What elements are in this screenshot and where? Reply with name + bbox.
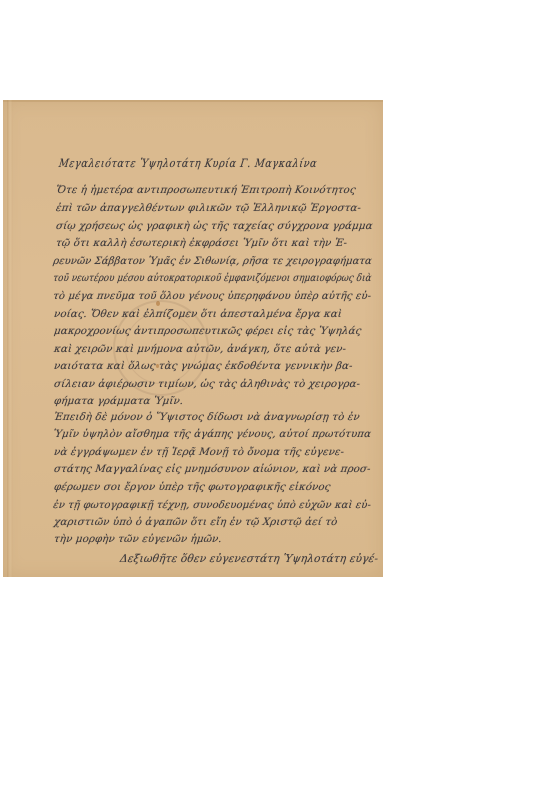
text-line: ρευνῶν Σάββατον Ὑμᾶς ἐν Σιθωνίᾳ, ρῆσα τε… — [52, 256, 372, 267]
text-line: φέρωμεν σοι ἔργον ὑπὲρ τῆς φωτογραφικῆς … — [53, 482, 331, 493]
text-line: Ὅτε ἡ ἡμετέρα αντιπροσωπευτική Ἐπιτροπὴ … — [55, 185, 356, 196]
text-line: νοίας. Ὅθεν καὶ ἐλπίζομεν ὅτι ἀπεσταλμέν… — [53, 309, 342, 320]
text-line: τοῦ νεωτέρου μέσου αὐτοκρατορικοῦ ἐμφανι… — [52, 273, 372, 284]
text-line: στάτης Μαγγαλίνας εἰς μνημόσυνον αἰώνιον… — [53, 464, 371, 475]
text-line: ναιότατα καὶ ὅλως τὰς γνώμας ἐκδοθέντα γ… — [53, 361, 353, 372]
text-line: μακροχρονίως ἀντιπροσωπευτικῶς φέρει εἰς… — [53, 326, 362, 337]
letter-heading: Μεγαλειότατε Ὑψηλοτάτη Κυρία Γ. Μαγκαλίν… — [58, 156, 318, 170]
paper-left-fold — [7, 100, 13, 577]
text-line: τῷ ὅτι καλλὴ ἐσωτερικὴ ἐκφράσει Ὑμῖν ὅτι… — [55, 238, 348, 249]
closing-line: Δεξιωθῆτε ὅθεν εὐγενεστάτη Ὑψηλοτάτη εὐγ… — [119, 552, 379, 565]
text-line: Ὑμῖν ὑψηλὸν αἴσθημα τῆς ἀγάπης γένους, α… — [52, 429, 371, 440]
text-line: σίλειαν ἀφιέρωσιν τιμίων, ὡς τὰς ἀληθινὰ… — [53, 379, 361, 390]
text-line: φήματα γράμματα Ὑμῖν. — [53, 396, 184, 407]
text-line: νὰ ἐγγράψωμεν ἐν τῇ Ἱερᾷ Μονῇ τὸ ὄνομα τ… — [53, 447, 345, 458]
text-line: σίῳ χρήσεως ὡς γραφικὴ ὡς τῆς ταχείας σύ… — [55, 221, 373, 232]
text-line: τὸ μέγα πνεῦμα τοῦ ὅλου γένους ὑπερηφάνο… — [52, 291, 371, 302]
text-line: Ἐπειδὴ δὲ μόνον ὁ Ὕψιστος δίδωσι νὰ ἀναγ… — [53, 412, 360, 423]
text-line: ἐπὶ τῶν ἀπαγγελθέντων φιλικῶν τῷ Ἑλληνικ… — [55, 203, 362, 214]
text-line: ἐν τῇ φωτογραφικῇ τέχνῃ, συνοδευομένας ὑ… — [52, 500, 371, 511]
text-line: τὴν μορφὴν τῶν εὐγενῶν ἡμῶν. — [53, 534, 222, 545]
paper-top-edge — [3, 100, 383, 102]
text-line: καὶ χειρῶν καὶ μνήμονα αὐτῶν, ἀνάγκη, ὅτ… — [53, 344, 347, 355]
letter-page: Μεγαλειότατε Ὑψηλοτάτη Κυρία Γ. Μαγκαλίν… — [3, 100, 383, 577]
text-line: χαριστιῶν ὑπὸ ὁ ἀγαπῶν ὅτι εἴη ἐν τῷ Χρι… — [53, 517, 338, 528]
